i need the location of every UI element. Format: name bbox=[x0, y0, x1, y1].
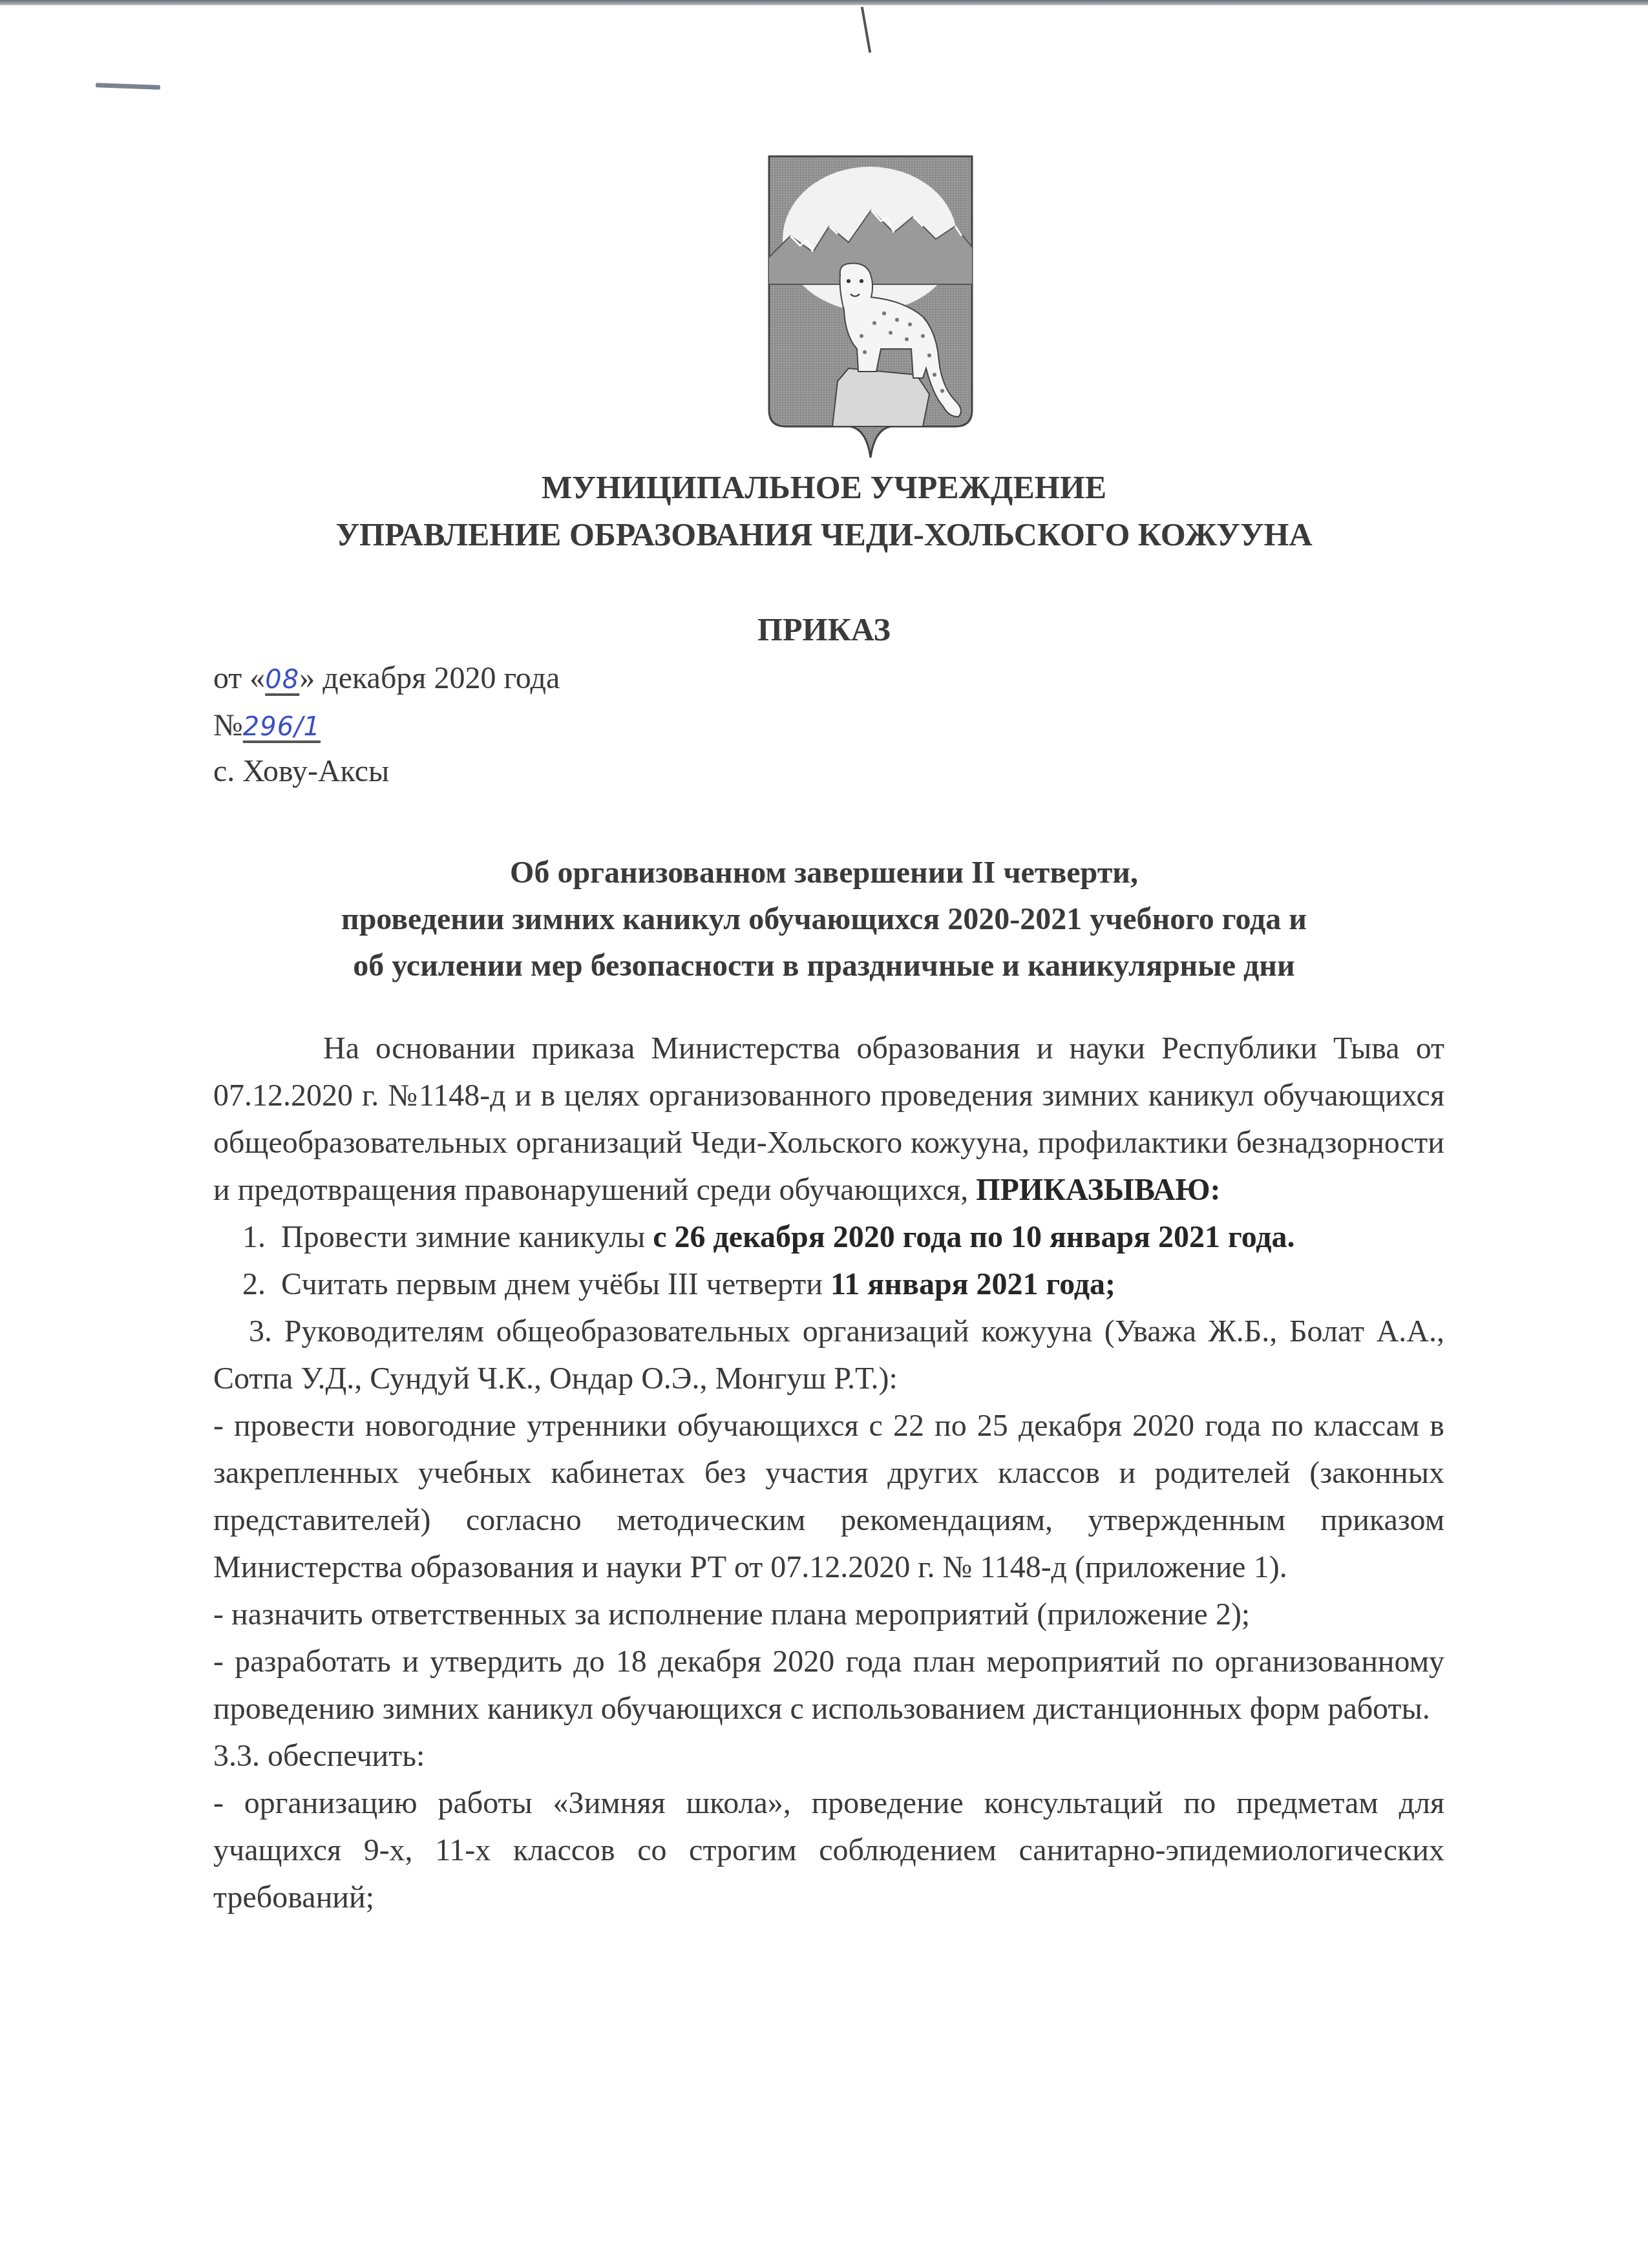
sub-item-matinees: - провести новогодние утренники обучающи… bbox=[213, 1402, 1444, 1591]
coat-of-arms-icon bbox=[768, 155, 973, 459]
scan-artifact-stroke bbox=[861, 6, 871, 53]
scan-edge bbox=[0, 0, 1648, 5]
item-number: 2. bbox=[242, 1267, 266, 1301]
date-suffix: » декабря 2020 года bbox=[299, 661, 560, 695]
date-prefix: от « bbox=[213, 661, 265, 695]
handwritten-day: 08 bbox=[265, 665, 299, 695]
preamble-text: На основании приказа Министерства образо… bbox=[213, 1031, 1444, 1207]
order-number: №296/1 bbox=[213, 708, 321, 743]
scan-artifact bbox=[96, 83, 160, 89]
department-name: УПРАВЛЕНИЕ ОБРАЗОВАНИЯ ЧЕДИ-ХОЛЬСКОГО КО… bbox=[0, 516, 1648, 553]
list-item-3-3: 3.3. обеспечить: bbox=[213, 1732, 1444, 1780]
sub-item-winter-school: - организацию работы «Зимняя школа», про… bbox=[213, 1780, 1444, 1921]
list-item-2: 2. Считать первым днем учёбы III четверт… bbox=[213, 1261, 1444, 1308]
preamble-paragraph: На основании приказа Министерства образо… bbox=[213, 1025, 1444, 1213]
document-page: МУНИЦИПАЛЬНОЕ УЧРЕЖДЕНИЕ УПРАВЛЕНИЕ ОБРА… bbox=[0, 0, 1648, 2268]
list-item-1: 1. Провести зимние каникулы с 26 декабря… bbox=[213, 1213, 1444, 1261]
item-text: Провести зимние каникулы bbox=[281, 1220, 653, 1254]
item-number: 1. bbox=[242, 1220, 266, 1254]
title-line-2: проведении зимних каникул обучающихся 20… bbox=[0, 896, 1648, 943]
order-word: ПРИКАЗЫВАЮ: bbox=[976, 1173, 1220, 1207]
list-item-3: 3. Руководителям общеобразовательных орг… bbox=[213, 1308, 1444, 1402]
sub-item-plan: - разработать и утвердить до 18 декабря … bbox=[213, 1638, 1444, 1732]
item-text: Считать первым днем учёбы III четверти bbox=[281, 1267, 830, 1301]
title-line-1: Об организованном завершении II четверти… bbox=[0, 850, 1648, 896]
document-type: ПРИКАЗ bbox=[0, 611, 1648, 648]
order-place: с. Хову-Аксы bbox=[213, 753, 389, 789]
order-date: от «08» декабря 2020 года bbox=[213, 660, 560, 696]
item-bold-text: с 26 декабря 2020 года по 10 января 2021… bbox=[653, 1220, 1294, 1254]
sub-item-responsible: - назначить ответственных за исполнение … bbox=[213, 1591, 1444, 1638]
number-sign: № bbox=[213, 708, 243, 742]
title-line-3: об усилении мер безопасности в праздничн… bbox=[0, 943, 1648, 989]
order-title: Об организованном завершении II четверти… bbox=[0, 850, 1648, 989]
item-bold-text: 11 января 2021 года; bbox=[830, 1267, 1115, 1301]
handwritten-number: 296/1 bbox=[243, 712, 321, 742]
organization-name: МУНИЦИПАЛЬНОЕ УЧРЕЖДЕНИЕ bbox=[0, 468, 1648, 506]
order-body: На основании приказа Министерства образо… bbox=[213, 1025, 1444, 1921]
